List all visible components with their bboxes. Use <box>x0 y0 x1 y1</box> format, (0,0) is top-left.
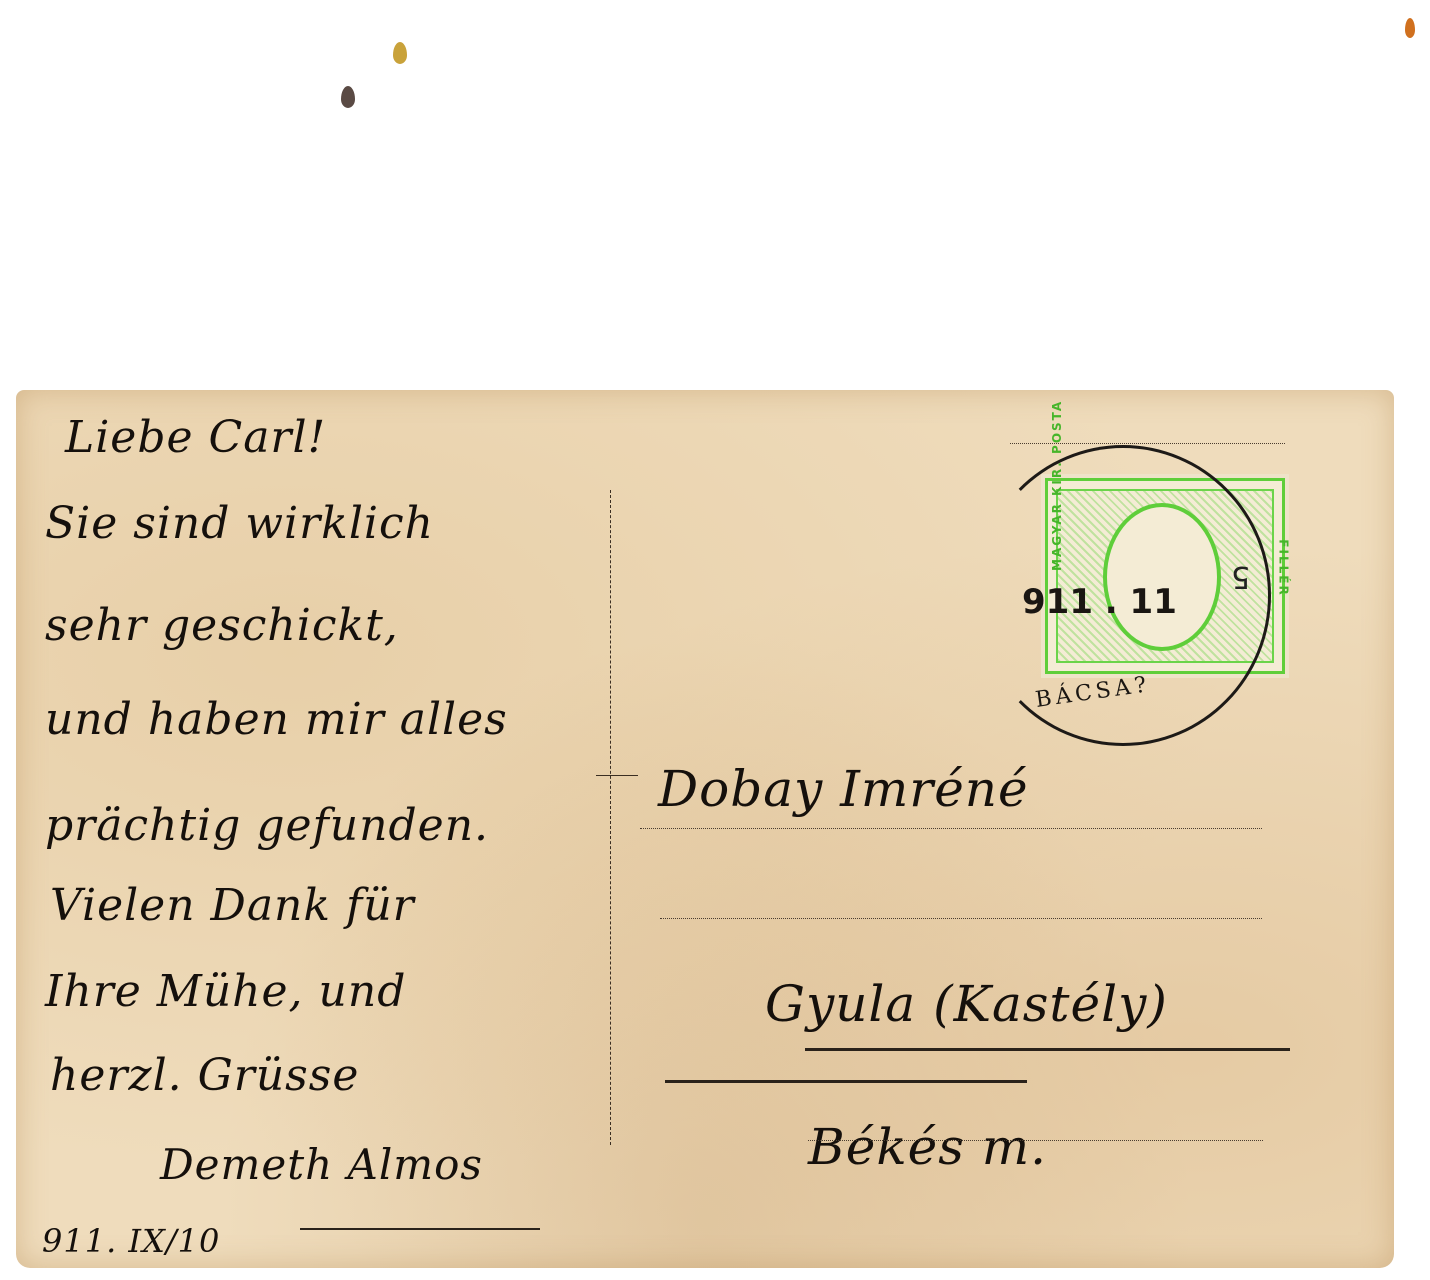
postmark-date: 911 . 11 <box>1022 582 1177 622</box>
message-line: herzl. Grüsse <box>50 1050 359 1101</box>
address-rule <box>808 1140 1263 1141</box>
stamp-denomination: FILLÉR <box>1276 539 1290 596</box>
message-line: Liebe Carl! <box>65 412 326 463</box>
address-rule-bold <box>805 1048 1290 1051</box>
message-line: sehr geschickt, <box>45 600 399 651</box>
stain-speck <box>341 86 355 108</box>
address-line-city: Gyula (Kastély) <box>765 975 1168 1033</box>
address-line-name: Dobay Imréné <box>658 760 1029 818</box>
card-divider <box>610 490 611 1145</box>
message-line: Sie sind wirklich <box>45 498 434 549</box>
message-line: prächtig gefunden. <box>45 800 489 851</box>
address-rule <box>660 918 1262 919</box>
address-underline <box>665 1080 1027 1083</box>
message-line: und haben mir alles <box>45 694 508 745</box>
divider-tick <box>596 775 638 776</box>
signature-underline <box>300 1228 540 1230</box>
message-line: Ihre Mühe, und <box>45 966 406 1017</box>
signature: Demeth Almos <box>160 1140 483 1189</box>
message-line: Vielen Dank für <box>50 880 415 931</box>
stain-speck <box>393 42 407 64</box>
address-line-county: Békés m. <box>808 1118 1047 1176</box>
message-date: 911. IX/10 <box>42 1222 220 1260</box>
stain-speck <box>1405 18 1415 38</box>
address-rule <box>640 828 1262 829</box>
